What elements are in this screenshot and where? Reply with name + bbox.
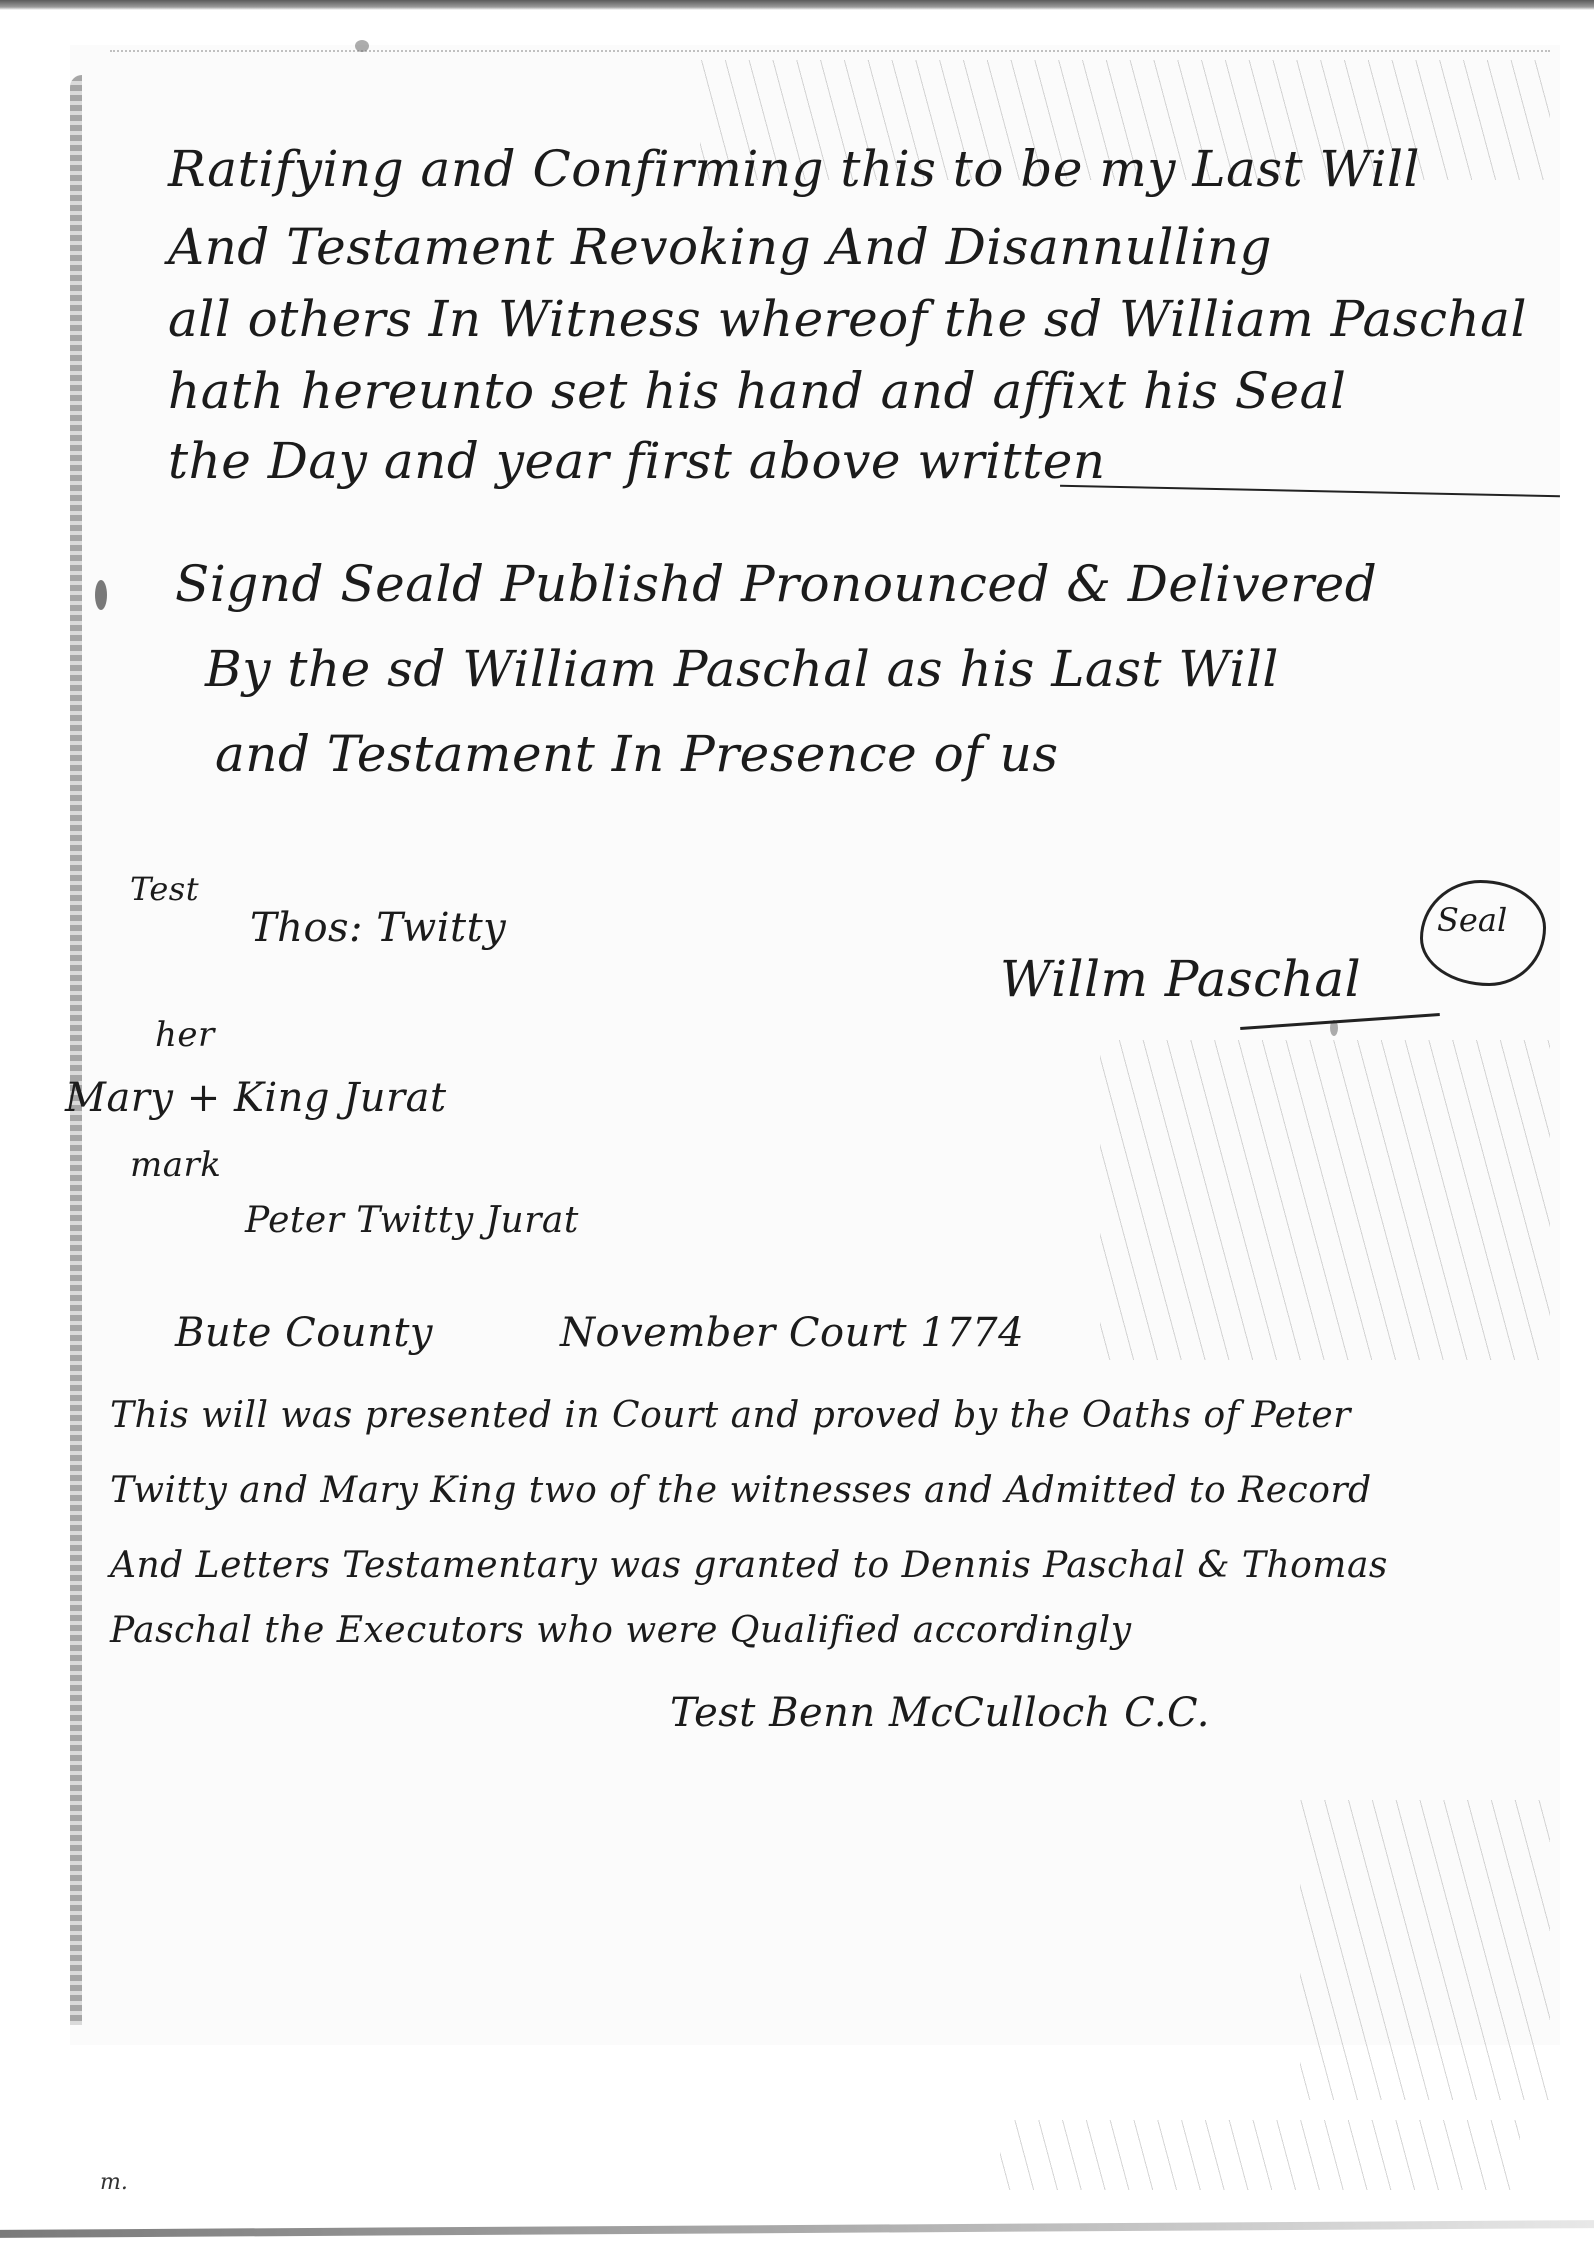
probate-line: Twitty and Mary King two of the witnesse… xyxy=(110,1470,1372,1511)
scan-top-border xyxy=(0,0,1594,10)
will-line: hath hereunto set his hand and affixt hi… xyxy=(168,362,1346,420)
attestation-line: and Testament In Presence of us xyxy=(215,725,1059,783)
seal-label: Seal xyxy=(1437,901,1507,939)
clerk-signature: Test Benn McCulloch C.C. xyxy=(670,1690,1210,1736)
probate-county: Bute County xyxy=(175,1310,433,1356)
scan-noise xyxy=(1300,1800,1550,2100)
test-label: Test xyxy=(130,870,199,908)
attestation-line: By the sd William Paschal as his Last Wi… xyxy=(205,640,1279,698)
scan-bottom-border xyxy=(0,2220,1594,2238)
witness-thomas-twitty: Thos: Twitty xyxy=(250,905,506,951)
probate-line: And Letters Testamentary was granted to … xyxy=(110,1545,1388,1586)
scan-noise xyxy=(1100,1040,1550,1360)
scan-noise xyxy=(1000,2120,1520,2190)
ink-speck xyxy=(95,580,107,610)
attestation-line: Signd Seald Publishd Pronounced & Delive… xyxy=(175,555,1377,613)
witness-peter-twitty: Peter Twitty Jurat xyxy=(245,1200,579,1241)
page-left-edge xyxy=(70,75,82,2025)
probate-court-date: November Court 1774 xyxy=(560,1310,1024,1356)
ink-speck xyxy=(355,40,369,52)
mark-her-label: her xyxy=(155,1015,215,1055)
will-line: all others In Witness whereof the sd Wil… xyxy=(168,290,1527,348)
probate-line: This will was presented in Court and pro… xyxy=(110,1395,1351,1436)
probate-line: Paschal the Executors who were Qualified… xyxy=(110,1610,1132,1651)
will-line: And Testament Revoking And Disannulling xyxy=(168,218,1272,276)
margin-note: m. xyxy=(100,2170,128,2195)
seal-icon: Seal xyxy=(1420,880,1546,986)
mark-label: mark xyxy=(130,1145,221,1185)
will-line: the Day and year first above written xyxy=(168,432,1106,490)
page-top-edge xyxy=(110,50,1550,54)
signature-william-paschal: Willm Paschal xyxy=(1000,950,1361,1008)
will-line: Ratifying and Confirming this to be my L… xyxy=(168,140,1420,198)
witness-mary-king: Mary + King Jurat xyxy=(65,1075,447,1121)
